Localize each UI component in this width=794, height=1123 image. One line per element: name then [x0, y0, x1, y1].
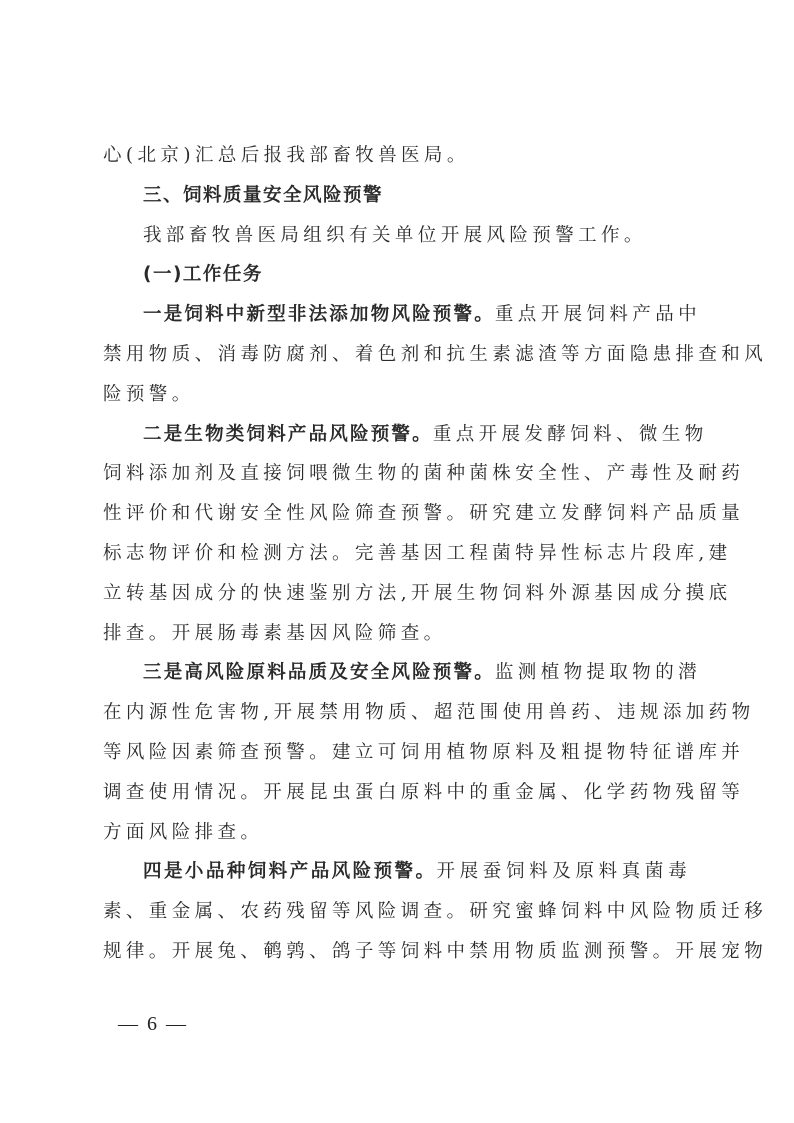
- paragraph-line: 心(北京)汇总后报我部畜牧兽医局。: [103, 136, 691, 176]
- paragraph-line: 素、重金属、农药残留等风险调查。研究蜜蜂饲料中风险物质迁移: [103, 892, 691, 932]
- item-first-line: 二是生物类饲料产品风险预警。重点开展发酵饲料、微生物: [103, 415, 691, 455]
- item-first-line: 三是高风险原料品质及安全风险预警。监测植物提取物的潜: [103, 653, 691, 693]
- item-lead: 二是生物类饲料产品风险预警。: [143, 424, 433, 445]
- item-first-line: 四是小品种饲料产品风险预警。开展蚕饲料及原料真菌毒: [103, 852, 691, 892]
- item-lead: 三是高风险原料品质及安全风险预警。: [143, 662, 495, 683]
- paragraph-line: 标志物评价和检测方法。完善基因工程菌特异性标志片段库,建: [103, 534, 691, 574]
- document-page: 心(北京)汇总后报我部畜牧兽医局。 三、饲料质量安全风险预警 我部畜牧兽医局组织…: [103, 136, 691, 972]
- paragraph-line: 立转基因成分的快速鉴别方法,开展生物饲料外源基因成分摸底: [103, 574, 691, 614]
- paragraph-line: 排查。开展肠毒素基因风险筛查。: [103, 614, 691, 654]
- item-lead: 一是饲料中新型非法添加物风险预警。: [143, 304, 495, 325]
- subsection-heading: (一)工作任务: [103, 255, 691, 295]
- paragraph-line: 禁用物质、消毒防腐剂、着色剂和抗生素滤渣等方面隐患排查和风: [103, 335, 691, 375]
- paragraph-line: 规律。开展兔、鹌鹑、鸽子等饲料中禁用物质监测预警。开展宠物: [103, 932, 691, 972]
- paragraph-line: 我部畜牧兽医局组织有关单位开展风险预警工作。: [103, 216, 691, 256]
- item-lead: 四是小品种饲料产品风险预警。: [143, 861, 436, 882]
- paragraph-line: 在内源性危害物,开展禁用物质、超范围使用兽药、违规添加药物: [103, 693, 691, 733]
- paragraph-line: 等风险因素筛查预警。建立可饲用植物原料及粗提物特征谱库并: [103, 733, 691, 773]
- item-first-line: 一是饲料中新型非法添加物风险预警。重点开展饲料产品中: [103, 295, 691, 335]
- section-heading: 三、饲料质量安全风险预警: [103, 176, 691, 216]
- paragraph-line: 调查使用情况。开展昆虫蛋白原料中的重金属、化学药物残留等: [103, 773, 691, 813]
- page-number: — 6 —: [118, 1013, 188, 1036]
- paragraph-line: 险预警。: [103, 375, 691, 415]
- paragraph-line: 方面风险排查。: [103, 813, 691, 853]
- paragraph-line: 性评价和代谢安全性风险筛查预警。研究建立发酵饲料产品质量: [103, 494, 691, 534]
- paragraph-line: 饲料添加剂及直接饲喂微生物的菌种菌株安全性、产毒性及耐药: [103, 454, 691, 494]
